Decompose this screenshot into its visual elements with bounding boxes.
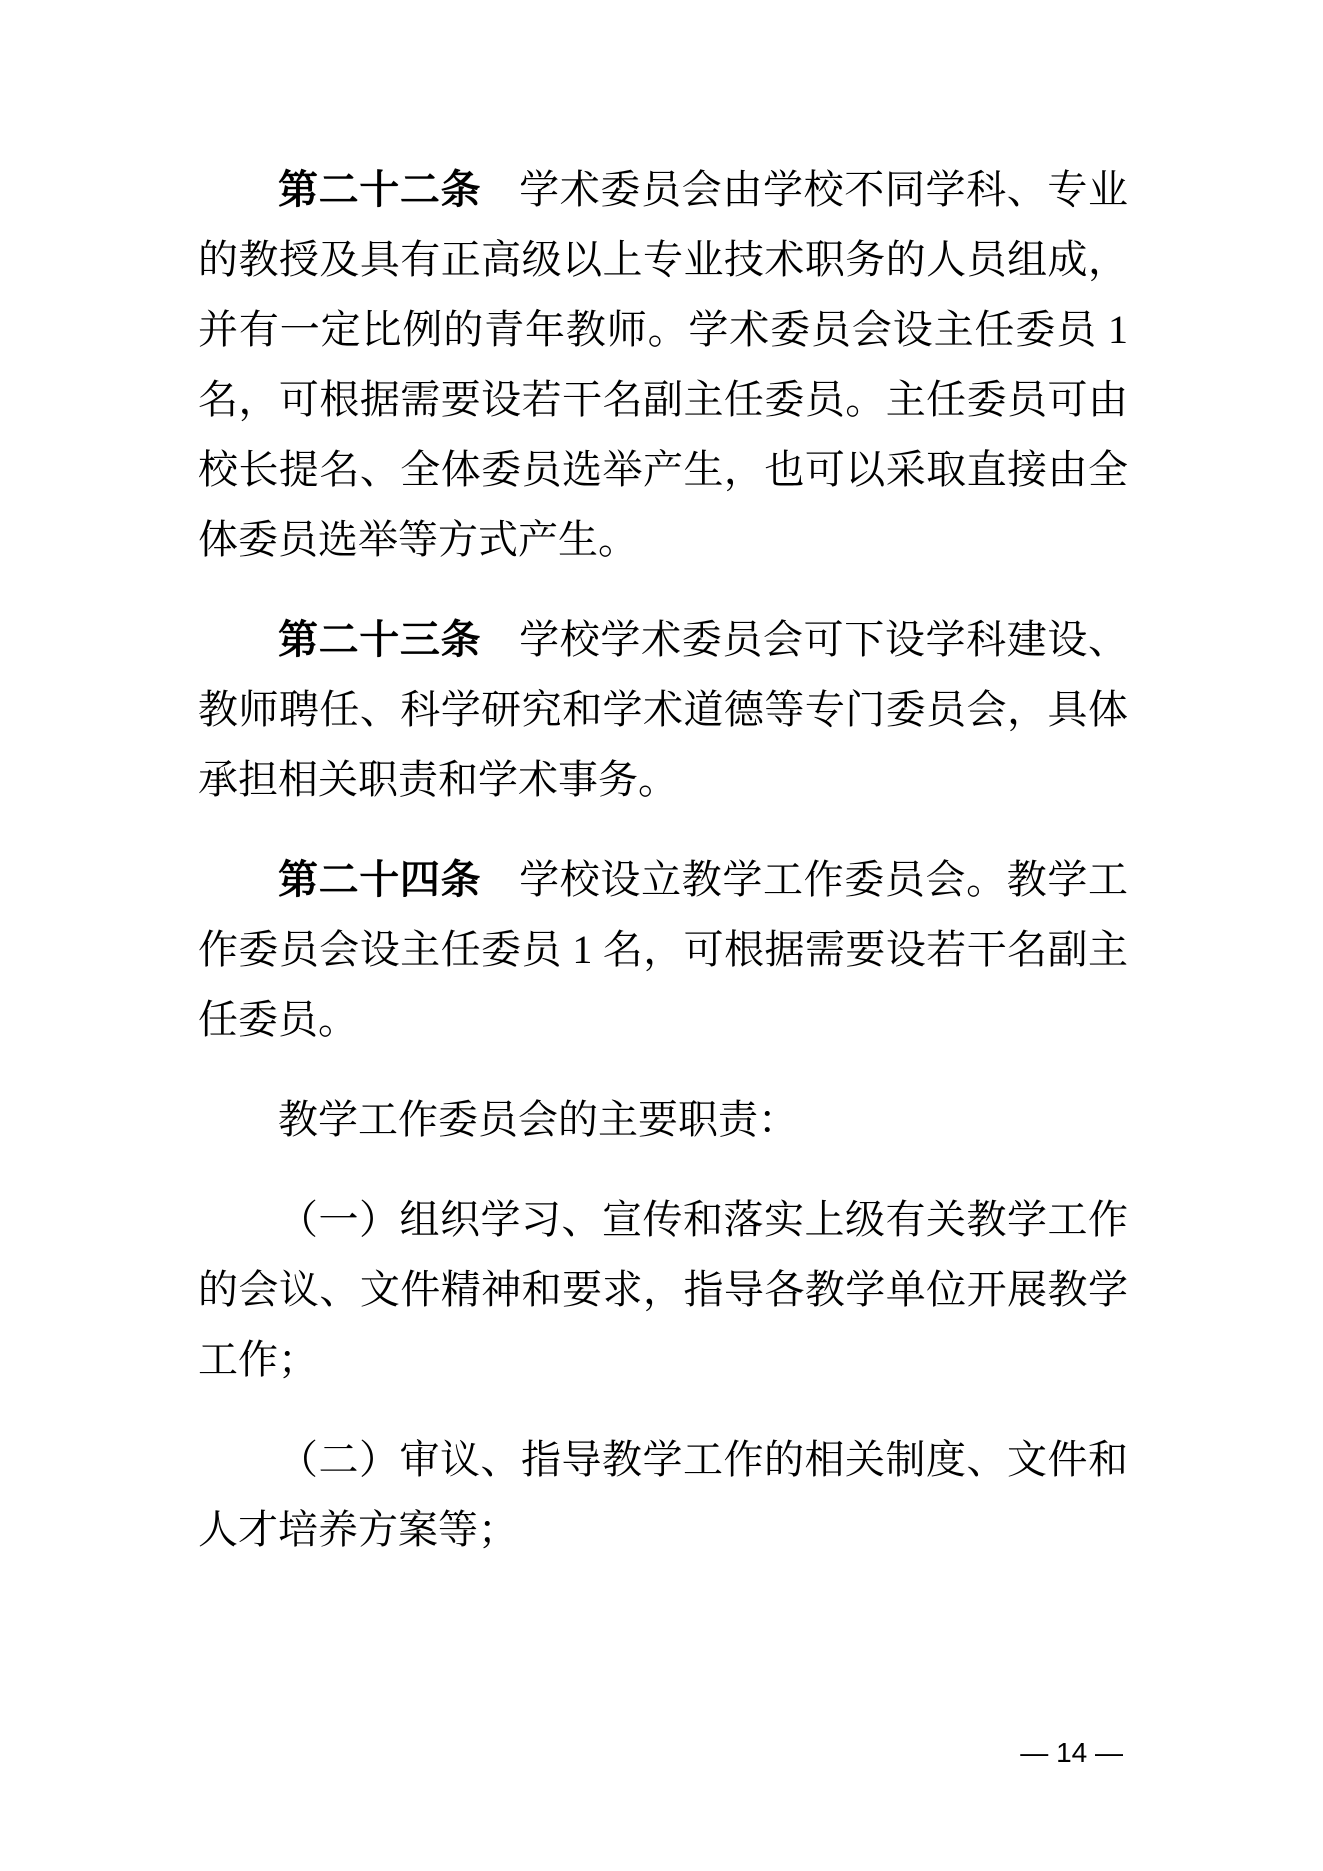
text-line: 教学工作委员会的主要职责： xyxy=(198,1085,1128,1155)
article-24: 第二十四条学校设立教学工作委员会。教学工 作委员会设主任委员 1 名，可根据需要… xyxy=(198,845,1128,1055)
text-line: （二）审议、指导教学工作的相关制度、文件和 xyxy=(198,1425,1128,1495)
text-line: 体委员选举等方式产生。 xyxy=(198,505,1128,575)
text-line: 第二十四条学校设立教学工作委员会。教学工 xyxy=(198,845,1128,915)
text-line: 工作； xyxy=(198,1325,1128,1395)
text-line: 第二十二条学术委员会由学校不同学科、专业 xyxy=(198,155,1128,225)
line-text: 学校设立教学工作委员会。教学工 xyxy=(519,857,1128,902)
article-23: 第二十三条学校学术委员会可下设学科建设、 教师聘任、科学研究和学术道德等专门委员… xyxy=(198,605,1128,815)
article-24-number: 第二十四条 xyxy=(278,858,481,902)
text-line: （一）组织学习、宣传和落实上级有关教学工作 xyxy=(198,1185,1128,1255)
text-line: 的会议、文件精神和要求，指导各教学单位开展教学 xyxy=(198,1255,1128,1325)
page-number: — 14 — xyxy=(1020,1738,1123,1768)
text-line: 名，可根据需要设若干名副主任委员。主任委员可由 xyxy=(198,365,1128,435)
text-line: 第二十三条学校学术委员会可下设学科建设、 xyxy=(198,605,1128,675)
document-page: 第二十二条学术委员会由学校不同学科、专业 的教授及具有正高级以上专业技术职务的人… xyxy=(0,0,1323,1871)
article-22: 第二十二条学术委员会由学校不同学科、专业 的教授及具有正高级以上专业技术职务的人… xyxy=(198,155,1128,575)
text-line: 的教授及具有正高级以上专业技术职务的人员组成， xyxy=(198,225,1128,295)
duty-item-1: （一）组织学习、宣传和落实上级有关教学工作 的会议、文件精神和要求，指导各教学单… xyxy=(198,1185,1128,1395)
duty-item-2: （二）审议、指导教学工作的相关制度、文件和 人才培养方案等； xyxy=(198,1425,1128,1565)
line-text: 学术委员会由学校不同学科、专业 xyxy=(519,167,1128,212)
text-line: 校长提名、全体委员选举产生，也可以采取直接由全 xyxy=(198,435,1128,505)
article-23-number: 第二十三条 xyxy=(278,618,481,662)
text-line: 承担相关职责和学术事务。 xyxy=(198,745,1128,815)
article-22-number: 第二十二条 xyxy=(278,168,481,212)
text-line: 作委员会设主任委员 1 名，可根据需要设若干名副主 xyxy=(198,915,1128,985)
text-line: 并有一定比例的青年教师。学术委员会设主任委员 1 xyxy=(198,295,1128,365)
text-line: 人才培养方案等； xyxy=(198,1495,1128,1565)
text-line: 教师聘任、科学研究和学术道德等专门委员会，具体 xyxy=(198,675,1128,745)
document-body: 第二十二条学术委员会由学校不同学科、专业 的教授及具有正高级以上专业技术职务的人… xyxy=(198,155,1128,1565)
line-text: 学校学术委员会可下设学科建设、 xyxy=(519,617,1128,662)
duties-intro: 教学工作委员会的主要职责： xyxy=(198,1085,1128,1155)
text-line: 任委员。 xyxy=(198,985,1128,1055)
